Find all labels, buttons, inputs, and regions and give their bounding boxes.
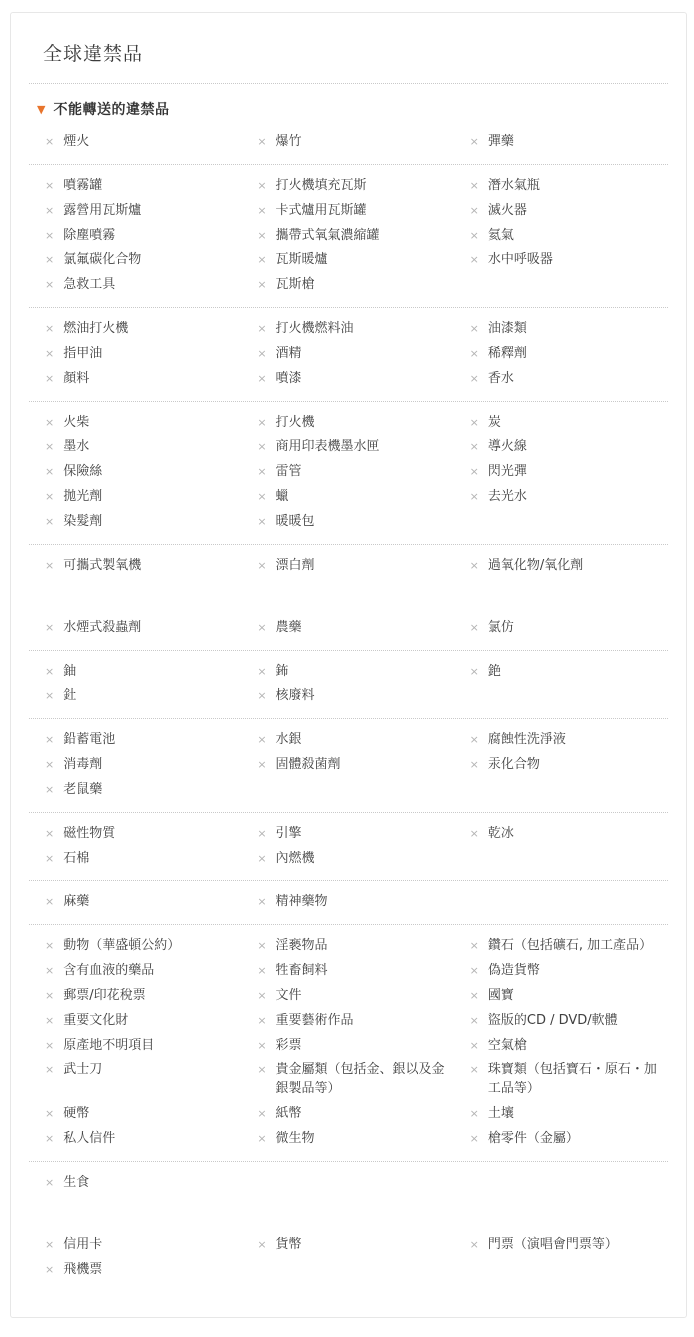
x-mark-icon: ×: [470, 488, 479, 507]
prohibited-item: ×私人信件: [45, 1127, 243, 1152]
prohibited-item-label: 重要藝術作品: [276, 1012, 354, 1031]
x-mark-icon: ×: [257, 320, 266, 339]
prohibited-item-label: 銫: [488, 663, 501, 682]
prohibited-item: ×鈽: [257, 660, 455, 685]
x-mark-icon: ×: [470, 320, 479, 339]
prohibited-item: ×重要文化財: [45, 1009, 243, 1034]
prohibited-item: ×汞化合物: [470, 753, 668, 778]
prohibited-item-label: 信用卡: [63, 1236, 102, 1255]
prohibited-item-label: 鉛蓄電池: [63, 731, 115, 750]
prohibited-item-label: 煙火: [63, 133, 89, 152]
x-mark-icon: ×: [257, 893, 266, 912]
prohibited-item: ×煙火: [45, 130, 243, 155]
prohibited-item: ×鉛蓄電池: [45, 728, 243, 753]
x-mark-icon: ×: [257, 663, 266, 682]
prohibited-item: ×潛水氣瓶: [470, 174, 668, 199]
prohibited-item-label: 滅火器: [488, 202, 527, 221]
x-mark-icon: ×: [257, 345, 266, 364]
prohibited-group: ×噴霧罐×打火機填充瓦斯×潛水氣瓶×露營用瓦斯爐×卡式爐用瓦斯罐×滅火器×除塵噴…: [29, 165, 668, 307]
prohibited-item: ×土壤: [470, 1102, 668, 1127]
prohibited-item: ×精神藥物: [257, 890, 455, 915]
prohibited-item-label: 國寶: [488, 987, 514, 1006]
prohibited-item-label: 炭: [488, 414, 501, 433]
prohibited-item-label: 打火機: [276, 414, 315, 433]
prohibited-item: ×可攜式製氧機: [45, 554, 243, 579]
prohibited-group: ×磁性物質×引擎×乾冰×石棉×內燃機: [29, 813, 668, 881]
prohibited-item-label: 釷: [63, 687, 76, 706]
x-mark-icon: ×: [470, 1236, 479, 1255]
x-mark-icon: ×: [45, 557, 54, 576]
prohibited-item-label: 郵票/印花稅票: [63, 987, 145, 1006]
x-mark-icon: ×: [257, 557, 266, 576]
x-mark-icon: ×: [257, 962, 266, 981]
x-mark-icon: ×: [470, 1037, 479, 1056]
x-mark-icon: ×: [470, 619, 479, 638]
prohibited-group: ×麻藥×精神藥物: [29, 881, 668, 924]
prohibited-item-label: 油漆類: [488, 320, 527, 339]
prohibited-item: ×商用印表機墨水匣: [257, 435, 455, 460]
prohibited-item: ×滅火器: [470, 199, 668, 224]
prohibited-item: ×引擎: [257, 822, 455, 847]
prohibited-item-label: 核廢料: [276, 687, 315, 706]
x-mark-icon: ×: [257, 438, 266, 457]
prohibited-item-label: 含有血液的藥品: [63, 962, 154, 981]
prohibited-item-label: 鑽石（包括礦石, 加工產品）: [488, 937, 652, 956]
x-mark-icon: ×: [470, 251, 479, 270]
prohibited-item: ×含有血液的藥品: [45, 959, 243, 984]
prohibited-item-label: 卡式爐用瓦斯罐: [276, 202, 367, 221]
prohibited-item-label: 淫褻物品: [276, 937, 328, 956]
prohibited-item: ×銫: [470, 660, 668, 685]
prohibited-item-label: 乾冰: [488, 825, 514, 844]
prohibited-item: ×老鼠藥: [45, 778, 243, 803]
prohibited-item: ×燃油打火機: [45, 317, 243, 342]
x-mark-icon: ×: [257, 276, 266, 295]
prohibited-item-label: 噴漆: [276, 370, 302, 389]
prohibited-item-label: 氯氟碳化合物: [63, 251, 141, 270]
prohibited-item: ×武士刀: [45, 1058, 243, 1102]
x-mark-icon: ×: [470, 987, 479, 1006]
prohibited-item-label: 保險絲: [63, 463, 102, 482]
prohibited-item-label: 引擎: [276, 825, 302, 844]
x-mark-icon: ×: [257, 133, 266, 152]
x-mark-icon: ×: [257, 414, 266, 433]
prohibited-item-label: 私人信件: [63, 1130, 115, 1149]
prohibited-item: ×彩票: [257, 1034, 455, 1059]
prohibited-item-label: 噴霧罐: [63, 177, 102, 196]
x-mark-icon: ×: [45, 731, 54, 750]
prohibited-item: ×腐蝕性洗淨液: [470, 728, 668, 753]
x-mark-icon: ×: [45, 370, 54, 389]
prohibited-item: ×爆竹: [257, 130, 455, 155]
prohibited-item: ×彈藥: [470, 130, 668, 155]
prohibited-item: ×固體殺菌劑: [257, 753, 455, 778]
prohibited-item-label: 彩票: [276, 1037, 302, 1056]
prohibited-item-label: 精神藥物: [276, 893, 328, 912]
prohibited-item: ×微生物: [257, 1127, 455, 1152]
prohibited-item-label: 蠟: [276, 488, 289, 507]
x-mark-icon: ×: [470, 1061, 479, 1080]
prohibited-item-label: 盜版的CD / DVD/軟體: [488, 1012, 618, 1031]
prohibited-group: ×生食: [29, 1162, 668, 1224]
x-mark-icon: ×: [257, 463, 266, 482]
triangle-down-icon: ▼: [37, 104, 45, 115]
prohibited-item-label: 武士刀: [63, 1061, 102, 1080]
prohibited-item: ×拋光劑: [45, 485, 243, 510]
x-mark-icon: ×: [45, 1061, 54, 1080]
prohibited-item-label: 墨水: [63, 438, 89, 457]
x-mark-icon: ×: [45, 850, 54, 869]
prohibited-item: ×文件: [257, 984, 455, 1009]
prohibited-item-label: 露營用瓦斯爐: [63, 202, 141, 221]
x-mark-icon: ×: [470, 1105, 479, 1124]
x-mark-icon: ×: [45, 1130, 54, 1149]
prohibited-item-label: 打火機填充瓦斯: [276, 177, 367, 196]
prohibited-item-label: 動物（華盛頓公約）: [63, 937, 180, 956]
x-mark-icon: ×: [45, 276, 54, 295]
prohibited-item: ×露營用瓦斯爐: [45, 199, 243, 224]
x-mark-icon: ×: [257, 1236, 266, 1255]
prohibited-item: ×空氣槍: [470, 1034, 668, 1059]
prohibited-item-label: 紙幣: [276, 1105, 302, 1124]
prohibited-item-label: 急救工具: [63, 276, 115, 295]
prohibited-item: ×水煙式殺蟲劑: [45, 616, 243, 641]
x-mark-icon: ×: [45, 687, 54, 706]
prohibited-item: ×指甲油: [45, 342, 243, 367]
page-title: 全球違禁品: [43, 39, 668, 66]
prohibited-group: ×鈾×鈽×銫×釷×核廢料: [29, 651, 668, 719]
prohibited-item: ×偽造貨幣: [470, 959, 668, 984]
x-mark-icon: ×: [45, 202, 54, 221]
x-mark-icon: ×: [470, 177, 479, 196]
prohibited-item: ×氦氣: [470, 224, 668, 249]
x-mark-icon: ×: [45, 619, 54, 638]
prohibited-group: ×燃油打火機×打火機燃料油×油漆類×指甲油×酒精×稀釋劑×顏料×噴漆×香水: [29, 308, 668, 401]
prohibited-item-label: 文件: [276, 987, 302, 1006]
prohibited-item: ×飛機票: [45, 1258, 243, 1283]
x-mark-icon: ×: [45, 438, 54, 457]
prohibited-item: ×磁性物質: [45, 822, 243, 847]
prohibited-item-label: 火柴: [63, 414, 89, 433]
x-mark-icon: ×: [470, 463, 479, 482]
title-divider: [29, 83, 668, 84]
prohibited-item: ×生食: [45, 1171, 243, 1196]
prohibited-item-label: 原產地不明項目: [63, 1037, 154, 1056]
prohibited-item: ×鈾: [45, 660, 243, 685]
prohibited-item-label: 彈藥: [488, 133, 514, 152]
prohibited-group: ×水煙式殺蟲劑×農藥×氯仿: [29, 607, 668, 650]
x-mark-icon: ×: [45, 987, 54, 1006]
prohibited-item: ×保險絲: [45, 460, 243, 485]
x-mark-icon: ×: [470, 414, 479, 433]
prohibited-item: ×打火機: [257, 411, 455, 436]
prohibited-item-label: 鈾: [63, 663, 76, 682]
prohibited-item-label: 硬幣: [63, 1105, 89, 1124]
x-mark-icon: ×: [45, 345, 54, 364]
prohibited-group: ×鉛蓄電池×水銀×腐蝕性洗淨液×消毒劑×固體殺菌劑×汞化合物×老鼠藥: [29, 719, 668, 812]
prohibited-item-label: 爆竹: [276, 133, 302, 152]
x-mark-icon: ×: [45, 1037, 54, 1056]
x-mark-icon: ×: [45, 177, 54, 196]
prohibited-item-label: 稀釋劑: [488, 345, 527, 364]
x-mark-icon: ×: [470, 370, 479, 389]
prohibited-item-label: 磁性物質: [63, 825, 115, 844]
prohibited-item-label: 腐蝕性洗淨液: [488, 731, 566, 750]
prohibited-item: ×過氧化物/氧化劑: [470, 554, 668, 579]
prohibited-item: ×除塵噴霧: [45, 224, 243, 249]
prohibited-item-label: 導火線: [488, 438, 527, 457]
x-mark-icon: ×: [45, 825, 54, 844]
prohibited-item-label: 雷管: [276, 463, 302, 482]
x-mark-icon: ×: [470, 937, 479, 956]
x-mark-icon: ×: [257, 488, 266, 507]
prohibited-item: ×紙幣: [257, 1102, 455, 1127]
prohibited-item-label: 石棉: [63, 850, 89, 869]
x-mark-icon: ×: [470, 227, 479, 246]
prohibited-item-label: 除塵噴霧: [63, 227, 115, 246]
prohibited-item: ×稀釋劑: [470, 342, 668, 367]
prohibited-item-label: 瓦斯暖爐: [276, 251, 328, 270]
prohibited-item-label: 偽造貨幣: [488, 962, 540, 981]
x-mark-icon: ×: [470, 825, 479, 844]
prohibited-item: ×打火機填充瓦斯: [257, 174, 455, 199]
prohibited-item: ×酒精: [257, 342, 455, 367]
x-mark-icon: ×: [470, 438, 479, 457]
prohibited-item-label: 打火機燃料油: [276, 320, 354, 339]
x-mark-icon: ×: [45, 133, 54, 152]
x-mark-icon: ×: [470, 1130, 479, 1149]
prohibited-item-label: 重要文化財: [63, 1012, 128, 1031]
x-mark-icon: ×: [257, 1130, 266, 1149]
prohibited-item-label: 空氣槍: [488, 1037, 527, 1056]
prohibited-item: ×釷: [45, 684, 243, 709]
prohibited-item-label: 去光水: [488, 488, 527, 507]
prohibited-item: ×珠寶類（包括寶石・原石・加工品等）: [470, 1058, 668, 1102]
prohibited-item-label: 顏料: [63, 370, 89, 389]
prohibited-item: ×瓦斯暖爐: [257, 248, 455, 273]
x-mark-icon: ×: [257, 1037, 266, 1056]
prohibited-item: ×水中呼吸器: [470, 248, 668, 273]
x-mark-icon: ×: [257, 937, 266, 956]
x-mark-icon: ×: [257, 251, 266, 270]
prohibited-item-label: 漂白劑: [276, 557, 315, 576]
prohibited-item-label: 指甲油: [63, 345, 102, 364]
x-mark-icon: ×: [45, 1236, 54, 1255]
prohibited-item-label: 可攜式製氧機: [63, 557, 141, 576]
x-mark-icon: ×: [257, 825, 266, 844]
prohibited-item: ×貨幣: [257, 1233, 455, 1258]
prohibited-item-label: 水煙式殺蟲劑: [63, 619, 141, 638]
prohibited-item-label: 微生物: [276, 1130, 315, 1149]
prohibited-group: ×信用卡×貨幣×門票（演唱會門票等）×飛機票: [29, 1224, 668, 1292]
prohibited-item-label: 牲畜飼料: [276, 962, 328, 981]
prohibited-item: ×噴霧罐: [45, 174, 243, 199]
section-heading-label: 不能轉送的違禁品: [53, 99, 169, 119]
prohibited-item-label: 香水: [488, 370, 514, 389]
prohibited-item-label: 土壤: [488, 1105, 514, 1124]
x-mark-icon: ×: [45, 320, 54, 339]
prohibited-item: ×乾冰: [470, 822, 668, 847]
prohibited-item: ×油漆類: [470, 317, 668, 342]
prohibited-item-label: 農藥: [276, 619, 302, 638]
x-mark-icon: ×: [45, 937, 54, 956]
prohibited-item: ×淫褻物品: [257, 934, 455, 959]
x-mark-icon: ×: [257, 731, 266, 750]
prohibited-item-label: 潛水氣瓶: [488, 177, 540, 196]
x-mark-icon: ×: [257, 1012, 266, 1031]
prohibited-item: ×氯仿: [470, 616, 668, 641]
prohibited-item: ×火柴: [45, 411, 243, 436]
x-mark-icon: ×: [470, 756, 479, 775]
x-mark-icon: ×: [257, 370, 266, 389]
x-mark-icon: ×: [45, 1012, 54, 1031]
prohibited-groups: ×煙火×爆竹×彈藥×噴霧罐×打火機填充瓦斯×潛水氣瓶×露營用瓦斯爐×卡式爐用瓦斯…: [29, 121, 668, 1291]
prohibited-item: ×動物（華盛頓公約）: [45, 934, 243, 959]
x-mark-icon: ×: [257, 513, 266, 532]
x-mark-icon: ×: [45, 488, 54, 507]
prohibited-item: ×牲畜飼料: [257, 959, 455, 984]
prohibited-item-label: 門票（演唱會門票等）: [488, 1236, 618, 1255]
prohibited-item-label: 內燃機: [276, 850, 315, 869]
prohibited-item: ×核廢料: [257, 684, 455, 709]
x-mark-icon: ×: [45, 663, 54, 682]
x-mark-icon: ×: [257, 177, 266, 196]
prohibited-item-label: 珠寶類（包括寶石・原石・加工品等）: [488, 1061, 668, 1099]
prohibited-item-label: 暖暖包: [276, 513, 315, 532]
prohibited-item-label: 氯仿: [488, 619, 514, 638]
x-mark-icon: ×: [470, 345, 479, 364]
prohibited-item: ×氯氟碳化合物: [45, 248, 243, 273]
prohibited-item: ×攜帶式氧氣濃縮罐: [257, 224, 455, 249]
prohibited-item: ×信用卡: [45, 1233, 243, 1258]
prohibited-item: ×噴漆: [257, 367, 455, 392]
prohibited-item: ×染髮劑: [45, 510, 243, 535]
prohibited-item: ×水銀: [257, 728, 455, 753]
prohibited-item-label: 老鼠藥: [63, 781, 102, 800]
prohibited-item: ×蠟: [257, 485, 455, 510]
prohibited-item: ×原產地不明項目: [45, 1034, 243, 1059]
prohibited-item: ×重要藝術作品: [257, 1009, 455, 1034]
prohibited-item-label: 閃光彈: [488, 463, 527, 482]
prohibited-item-label: 貴金屬類（包括金、銀以及金銀製品等）: [276, 1061, 456, 1099]
prohibited-item: ×香水: [470, 367, 668, 392]
x-mark-icon: ×: [470, 663, 479, 682]
x-mark-icon: ×: [470, 962, 479, 981]
prohibited-item-label: 水中呼吸器: [488, 251, 553, 270]
x-mark-icon: ×: [45, 463, 54, 482]
prohibited-item-label: 燃油打火機: [63, 320, 128, 339]
prohibited-item-label: 鈽: [276, 663, 289, 682]
prohibited-item: ×農藥: [257, 616, 455, 641]
x-mark-icon: ×: [470, 557, 479, 576]
x-mark-icon: ×: [45, 962, 54, 981]
x-mark-icon: ×: [45, 893, 54, 912]
prohibited-item-label: 貨幣: [276, 1236, 302, 1255]
x-mark-icon: ×: [257, 687, 266, 706]
x-mark-icon: ×: [257, 987, 266, 1006]
prohibited-group: ×煙火×爆竹×彈藥: [29, 121, 668, 164]
prohibited-item: ×顏料: [45, 367, 243, 392]
x-mark-icon: ×: [470, 202, 479, 221]
prohibited-item: ×漂白劑: [257, 554, 455, 579]
x-mark-icon: ×: [257, 1105, 266, 1124]
x-mark-icon: ×: [257, 227, 266, 246]
prohibited-item: ×暖暖包: [257, 510, 455, 535]
x-mark-icon: ×: [45, 781, 54, 800]
prohibited-item-label: 過氧化物/氧化劑: [488, 557, 583, 576]
prohibited-group: ×火柴×打火機×炭×墨水×商用印表機墨水匣×導火線×保險絲×雷管×閃光彈×拋光劑…: [29, 402, 668, 544]
x-mark-icon: ×: [45, 1261, 54, 1280]
prohibited-item: ×急救工具: [45, 273, 243, 298]
prohibited-item: ×內燃機: [257, 847, 455, 872]
prohibited-item-label: 商用印表機墨水匣: [276, 438, 380, 457]
prohibited-item: ×閃光彈: [470, 460, 668, 485]
prohibited-item-label: 酒精: [276, 345, 302, 364]
x-mark-icon: ×: [45, 513, 54, 532]
x-mark-icon: ×: [257, 202, 266, 221]
x-mark-icon: ×: [45, 756, 54, 775]
x-mark-icon: ×: [45, 414, 54, 433]
prohibited-item: ×國寶: [470, 984, 668, 1009]
prohibited-item-label: 麻藥: [63, 893, 89, 912]
x-mark-icon: ×: [257, 850, 266, 869]
prohibited-group: ×可攜式製氧機×漂白劑×過氧化物/氧化劑: [29, 545, 668, 607]
prohibited-item: ×貴金屬類（包括金、銀以及金銀製品等）: [257, 1058, 455, 1102]
prohibited-item-label: 固體殺菌劑: [276, 756, 341, 775]
prohibited-item: ×墨水: [45, 435, 243, 460]
x-mark-icon: ×: [45, 1105, 54, 1124]
prohibited-item-label: 汞化合物: [488, 756, 540, 775]
prohibited-item-label: 染髮劑: [63, 513, 102, 532]
prohibited-item: ×石棉: [45, 847, 243, 872]
prohibited-item-label: 攜帶式氧氣濃縮罐: [276, 227, 380, 246]
prohibited-item: ×麻藥: [45, 890, 243, 915]
x-mark-icon: ×: [257, 619, 266, 638]
prohibited-item: ×硬幣: [45, 1102, 243, 1127]
prohibited-item-label: 生食: [63, 1174, 89, 1193]
x-mark-icon: ×: [257, 1061, 266, 1080]
prohibited-item: ×卡式爐用瓦斯罐: [257, 199, 455, 224]
prohibited-item-label: 氦氣: [488, 227, 514, 246]
prohibited-item-label: 拋光劑: [63, 488, 102, 507]
prohibited-item: ×消毒劑: [45, 753, 243, 778]
prohibited-item: ×門票（演唱會門票等）: [470, 1233, 668, 1258]
prohibited-item: ×瓦斯槍: [257, 273, 455, 298]
prohibited-item: ×炭: [470, 411, 668, 436]
prohibited-item: ×去光水: [470, 485, 668, 510]
prohibited-item-label: 飛機票: [63, 1261, 102, 1280]
x-mark-icon: ×: [45, 1174, 54, 1193]
prohibited-items-card: 全球違禁品 ▼ 不能轉送的違禁品 ×煙火×爆竹×彈藥×噴霧罐×打火機填充瓦斯×潛…: [10, 12, 687, 1318]
prohibited-item: ×打火機燃料油: [257, 317, 455, 342]
x-mark-icon: ×: [45, 227, 54, 246]
prohibited-item-label: 消毒劑: [63, 756, 102, 775]
prohibited-item: ×盜版的CD / DVD/軟體: [470, 1009, 668, 1034]
x-mark-icon: ×: [257, 756, 266, 775]
x-mark-icon: ×: [45, 251, 54, 270]
x-mark-icon: ×: [470, 1012, 479, 1031]
x-mark-icon: ×: [470, 731, 479, 750]
prohibited-item: ×雷管: [257, 460, 455, 485]
section-toggle[interactable]: ▼ 不能轉送的違禁品: [37, 99, 668, 119]
prohibited-group: ×動物（華盛頓公約）×淫褻物品×鑽石（包括礦石, 加工產品）×含有血液的藥品×牲…: [29, 925, 668, 1161]
prohibited-item: ×槍零件（金屬）: [470, 1127, 668, 1152]
prohibited-item-label: 槍零件（金屬）: [488, 1130, 579, 1149]
prohibited-item: ×鑽石（包括礦石, 加工產品）: [470, 934, 668, 959]
prohibited-item: ×導火線: [470, 435, 668, 460]
prohibited-item-label: 水銀: [276, 731, 302, 750]
x-mark-icon: ×: [470, 133, 479, 152]
